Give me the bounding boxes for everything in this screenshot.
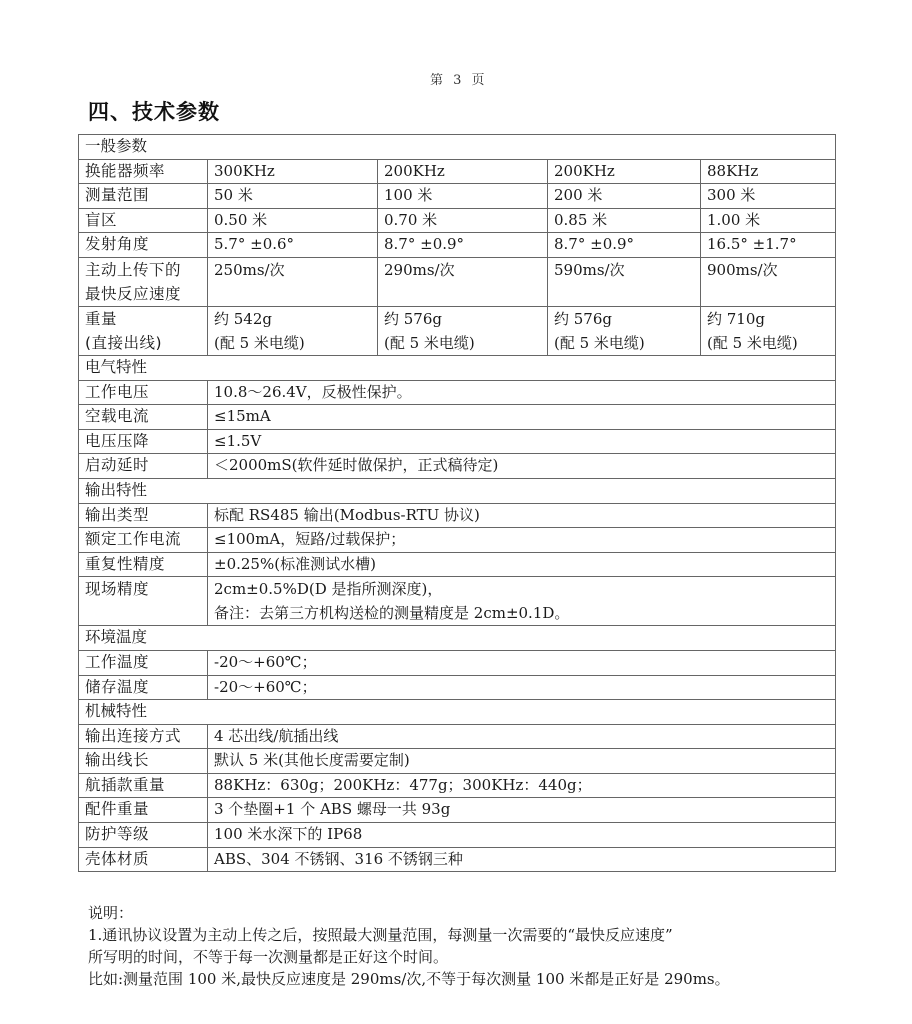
notes-block: 说明： 1.通讯协议设置为主动上传之后，按照最大测量范围，每测量一次需要的“最快…: [88, 902, 848, 990]
section-title: 环境温度: [79, 626, 836, 651]
cell: 约 542g (配 5 米电缆): [208, 306, 378, 355]
section-row-mechanical: 机械特性: [79, 700, 836, 725]
row-label: 壳体材质: [79, 847, 208, 872]
row-label: 工作电压: [79, 380, 208, 405]
cell: 标配 RS485 输出(Modbus-RTU 协议): [208, 503, 836, 528]
cell: 88KHz：630g；200KHz：477g；300KHz：440g；: [208, 773, 836, 798]
cell: 0.85 米: [548, 208, 701, 233]
cell: 0.70 米: [378, 208, 548, 233]
table-row: 输出类型 标配 RS485 输出(Modbus-RTU 协议): [79, 503, 836, 528]
cell: 约 576g (配 5 米电缆): [378, 306, 548, 355]
cell: 300 米: [701, 184, 836, 209]
table-row: 现场精度 2cm±0.5%D(D 是指所测深度)， 备注：去第三方机构送检的测量…: [79, 577, 836, 626]
page-number: 第 3 页: [430, 69, 488, 88]
table-row: 工作温度 -20～+60℃；: [79, 650, 836, 675]
row-label: 输出连接方式: [79, 724, 208, 749]
table-row: 航插款重量 88KHz：630g；200KHz：477g；300KHz：440g…: [79, 773, 836, 798]
cell: 100 米: [378, 184, 548, 209]
table-row: 重量 (直接出线) 约 542g (配 5 米电缆) 约 576g (配 5 米…: [79, 306, 836, 355]
cell: 50 米: [208, 184, 378, 209]
cell: 10.8～26.4V，反极性保护。: [208, 380, 836, 405]
cell: 250ms/次: [208, 257, 378, 306]
notes-line: 比如:测量范围 100 米,最快反应速度是 290ms/次,不等于每次测量 10…: [88, 968, 848, 990]
table-row: 输出连接方式 4 芯出线/航插出线: [79, 724, 836, 749]
cell: 默认 5 米(其他长度需要定制): [208, 749, 836, 774]
row-label: 主动上传下的 最快反应速度: [79, 257, 208, 306]
label-line: 最快反应速度: [85, 282, 201, 306]
row-label: 空载电流: [79, 405, 208, 430]
cell: 4 芯出线/航插出线: [208, 724, 836, 749]
cell: -20～+60℃；: [208, 675, 836, 700]
row-label: 盲区: [79, 208, 208, 233]
cell: 16.5° ±1.7°: [701, 233, 836, 258]
table-row: 储存温度 -20～+60℃；: [79, 675, 836, 700]
row-label: 配件重量: [79, 798, 208, 823]
cell-line: 约 576g: [554, 307, 694, 331]
cell: 590ms/次: [548, 257, 701, 306]
cell: 88KHz: [701, 159, 836, 184]
cell: 200KHz: [548, 159, 701, 184]
row-label: 现场精度: [79, 577, 208, 626]
cell: 900ms/次: [701, 257, 836, 306]
cell: 8.7° ±0.9°: [548, 233, 701, 258]
cell: ≤1.5V: [208, 429, 836, 454]
cell-line: 约 542g: [214, 307, 371, 331]
section-row-electrical: 电气特性: [79, 355, 836, 380]
row-label: 储存温度: [79, 675, 208, 700]
cell-line: (配 5 米电缆): [707, 331, 829, 355]
cell-line: 2cm±0.5%D(D 是指所测深度)，: [214, 577, 829, 601]
cell: ±0.25%(标准测试水槽): [208, 552, 836, 577]
cell: 100 米水深下的 IP68: [208, 823, 836, 848]
table-row: 电压压降 ≤1.5V: [79, 429, 836, 454]
cell-line: (配 5 米电缆): [384, 331, 541, 355]
cell-line: (配 5 米电缆): [214, 331, 371, 355]
table-row: 输出线长 默认 5 米(其他长度需要定制): [79, 749, 836, 774]
row-label: 启动延时: [79, 454, 208, 479]
row-label: 额定工作电流: [79, 528, 208, 553]
section-title: 一般参数: [79, 135, 836, 160]
notes-line: 1.通讯协议设置为主动上传之后，按照最大测量范围，每测量一次需要的“最快反应速度…: [88, 924, 848, 946]
row-label: 输出类型: [79, 503, 208, 528]
row-label: 重复性精度: [79, 552, 208, 577]
spec-table: 一般参数 换能器频率 300KHz 200KHz 200KHz 88KHz 测量…: [78, 134, 836, 872]
cell: 200KHz: [378, 159, 548, 184]
notes-line: 所写明的时间，不等于每一次测量都是正好这个时间。: [88, 946, 848, 968]
row-label: 测量范围: [79, 184, 208, 209]
table-row: 额定工作电流 ≤100mA，短路/过载保护；: [79, 528, 836, 553]
cell: 2cm±0.5%D(D 是指所测深度)， 备注：去第三方机构送检的测量精度是 2…: [208, 577, 836, 626]
label-line: (直接出线): [85, 331, 201, 355]
cell-line: 备注：去第三方机构送检的测量精度是 2cm±0.1D。: [214, 601, 829, 625]
cell-line: 约 710g: [707, 307, 829, 331]
row-label: 航插款重量: [79, 773, 208, 798]
table-row: 启动延时 ＜2000mS(软件延时做保护，正式稿待定): [79, 454, 836, 479]
cell: 300KHz: [208, 159, 378, 184]
section-title: 输出特性: [79, 478, 836, 503]
cell: ABS、304 不锈钢、316 不锈钢三种: [208, 847, 836, 872]
cell: 约 710g (配 5 米电缆): [701, 306, 836, 355]
cell: 290ms/次: [378, 257, 548, 306]
section-row-general: 一般参数: [79, 135, 836, 160]
section-title: 机械特性: [79, 700, 836, 725]
section-row-environment: 环境温度: [79, 626, 836, 651]
table-row: 换能器频率 300KHz 200KHz 200KHz 88KHz: [79, 159, 836, 184]
table-row: 空载电流 ≤15mA: [79, 405, 836, 430]
cell-line: (配 5 米电缆): [554, 331, 694, 355]
cell: 0.50 米: [208, 208, 378, 233]
row-label: 发射角度: [79, 233, 208, 258]
table-row: 盲区 0.50 米 0.70 米 0.85 米 1.00 米: [79, 208, 836, 233]
table-row: 配件重量 3 个垫圈+1 个 ABS 螺母一共 93g: [79, 798, 836, 823]
table-row: 主动上传下的 最快反应速度 250ms/次 290ms/次 590ms/次 90…: [79, 257, 836, 306]
row-label: 防护等级: [79, 823, 208, 848]
section-title: 电气特性: [79, 355, 836, 380]
table-row: 测量范围 50 米 100 米 200 米 300 米: [79, 184, 836, 209]
cell: 1.00 米: [701, 208, 836, 233]
cell: 5.7° ±0.6°: [208, 233, 378, 258]
table-row: 发射角度 5.7° ±0.6° 8.7° ±0.9° 8.7° ±0.9° 16…: [79, 233, 836, 258]
cell: ≤100mA，短路/过载保护；: [208, 528, 836, 553]
cell: 8.7° ±0.9°: [378, 233, 548, 258]
cell: 约 576g (配 5 米电缆): [548, 306, 701, 355]
table-row: 壳体材质 ABS、304 不锈钢、316 不锈钢三种: [79, 847, 836, 872]
cell-line: 约 576g: [384, 307, 541, 331]
cell: ＜2000mS(软件延时做保护，正式稿待定): [208, 454, 836, 479]
row-label: 电压压降: [79, 429, 208, 454]
table-row: 防护等级 100 米水深下的 IP68: [79, 823, 836, 848]
cell: -20～+60℃；: [208, 650, 836, 675]
section-row-output: 输出特性: [79, 478, 836, 503]
label-line: 重量: [85, 307, 201, 331]
table-row: 重复性精度 ±0.25%(标准测试水槽): [79, 552, 836, 577]
table-row: 工作电压 10.8～26.4V，反极性保护。: [79, 380, 836, 405]
row-label: 重量 (直接出线): [79, 306, 208, 355]
row-label: 工作温度: [79, 650, 208, 675]
section-heading: 四、技术参数: [88, 96, 220, 126]
row-label: 换能器频率: [79, 159, 208, 184]
cell: ≤15mA: [208, 405, 836, 430]
cell: 3 个垫圈+1 个 ABS 螺母一共 93g: [208, 798, 836, 823]
row-label: 输出线长: [79, 749, 208, 774]
notes-title: 说明：: [88, 902, 848, 924]
cell: 200 米: [548, 184, 701, 209]
label-line: 主动上传下的: [85, 258, 201, 282]
